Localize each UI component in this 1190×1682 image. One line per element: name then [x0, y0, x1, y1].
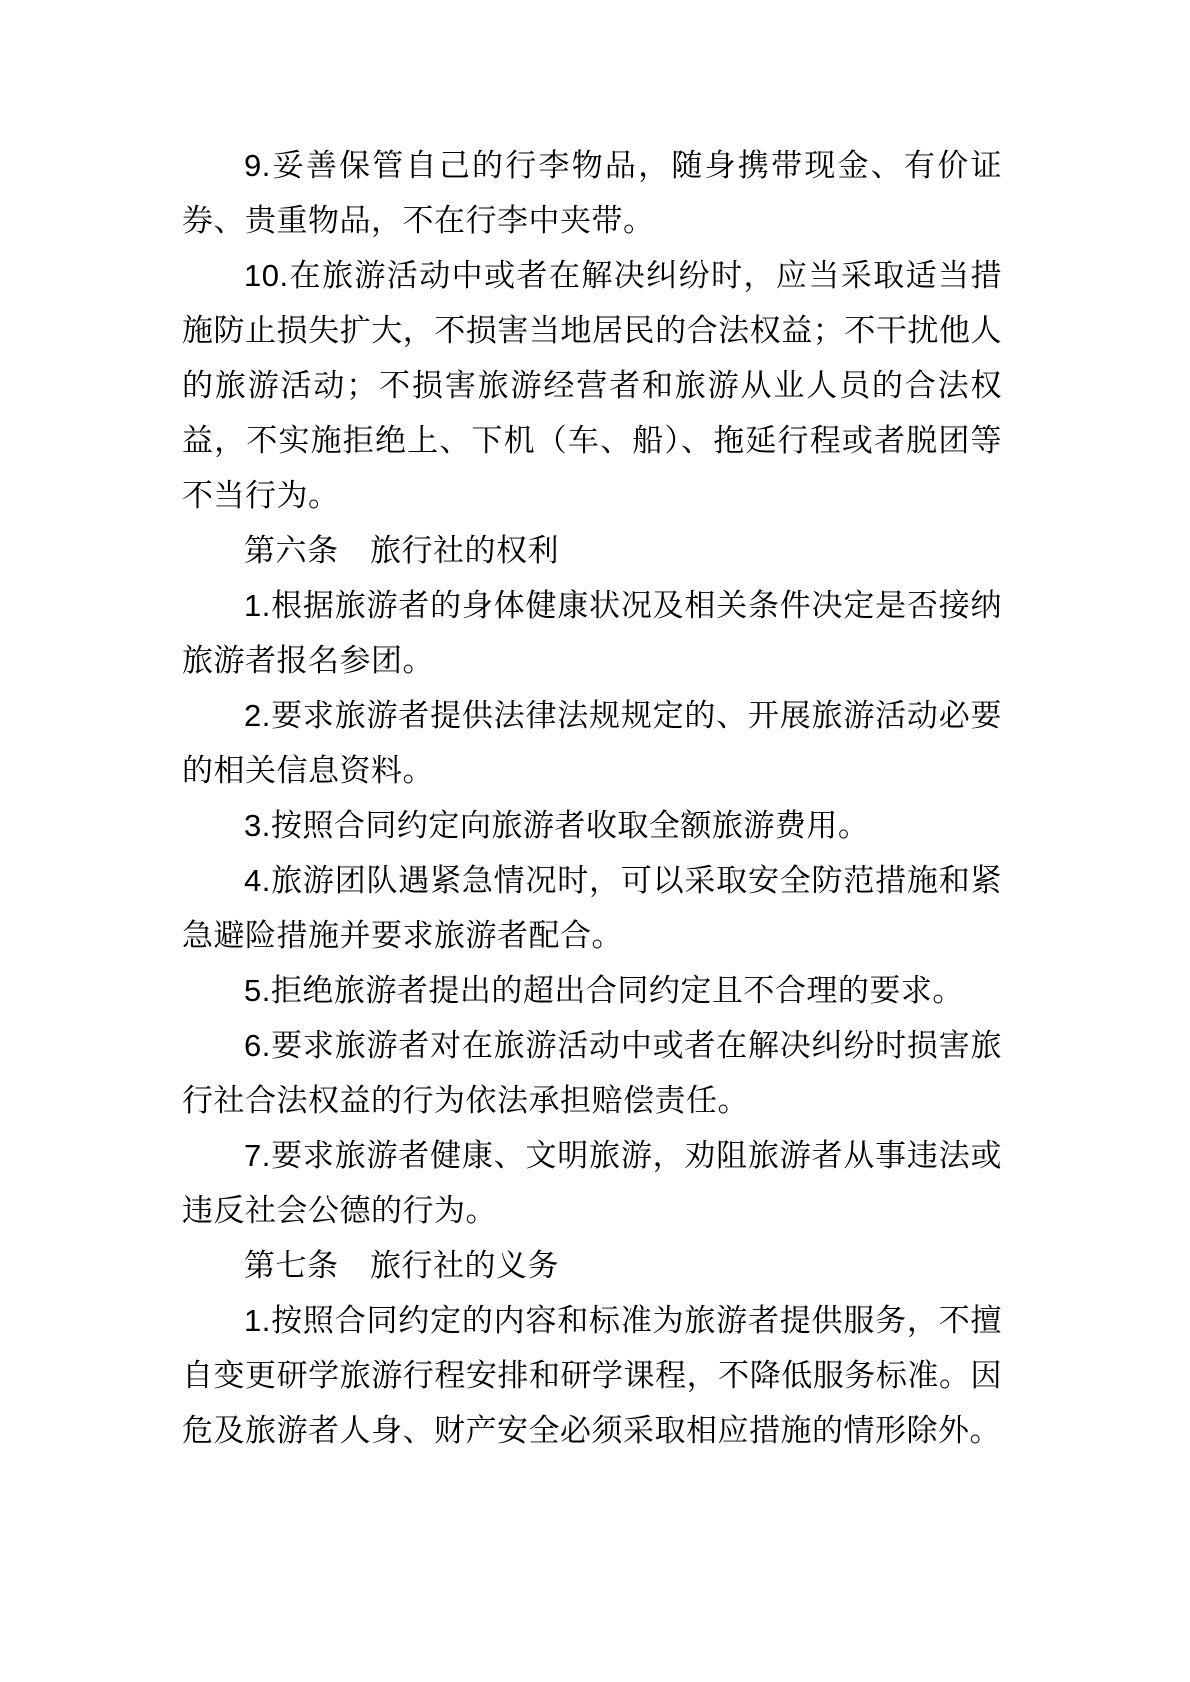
article-6-item-7: 7.要求旅游者健康、文明旅游，劝阻旅游者从事违法或违反社会公德的行为。	[182, 1128, 1002, 1238]
article-6-item-3: 3.按照合同约定向旅游者收取全额旅游费用。	[182, 798, 1002, 853]
clause-10-paragraph: 10.在旅游活动中或者在解决纠纷时，应当采取适当措施防止损失扩大，不损害当地居民…	[182, 248, 1002, 523]
document-body: 9.妥善保管自己的行李物品，随身携带现金、有价证券、贵重物品，不在行李中夹带。 …	[182, 138, 1002, 1458]
clause-9-paragraph: 9.妥善保管自己的行李物品，随身携带现金、有价证券、贵重物品，不在行李中夹带。	[182, 138, 1002, 248]
article-7-item-1: 1.按照合同约定的内容和标准为旅游者提供服务，不擅自变更研学旅游行程安排和研学课…	[182, 1293, 1002, 1458]
document-page: 9.妥善保管自己的行李物品，随身携带现金、有价证券、贵重物品，不在行李中夹带。 …	[0, 0, 1190, 1682]
article-6-item-6: 6.要求旅游者对在旅游活动中或者在解决纠纷时损害旅行社合法权益的行为依法承担赔偿…	[182, 1018, 1002, 1128]
article-7-heading: 第七条 旅行社的义务	[182, 1238, 1002, 1293]
article-6-item-5: 5.拒绝旅游者提出的超出合同约定且不合理的要求。	[182, 963, 1002, 1018]
article-6-item-1: 1.根据旅游者的身体健康状况及相关条件决定是否接纳旅游者报名参团。	[182, 578, 1002, 688]
article-6-heading: 第六条 旅行社的权利	[182, 523, 1002, 578]
article-6-item-4: 4.旅游团队遇紧急情况时，可以采取安全防范措施和紧急避险措施并要求旅游者配合。	[182, 853, 1002, 963]
article-6-item-2: 2.要求旅游者提供法律法规规定的、开展旅游活动必要的相关信息资料。	[182, 688, 1002, 798]
